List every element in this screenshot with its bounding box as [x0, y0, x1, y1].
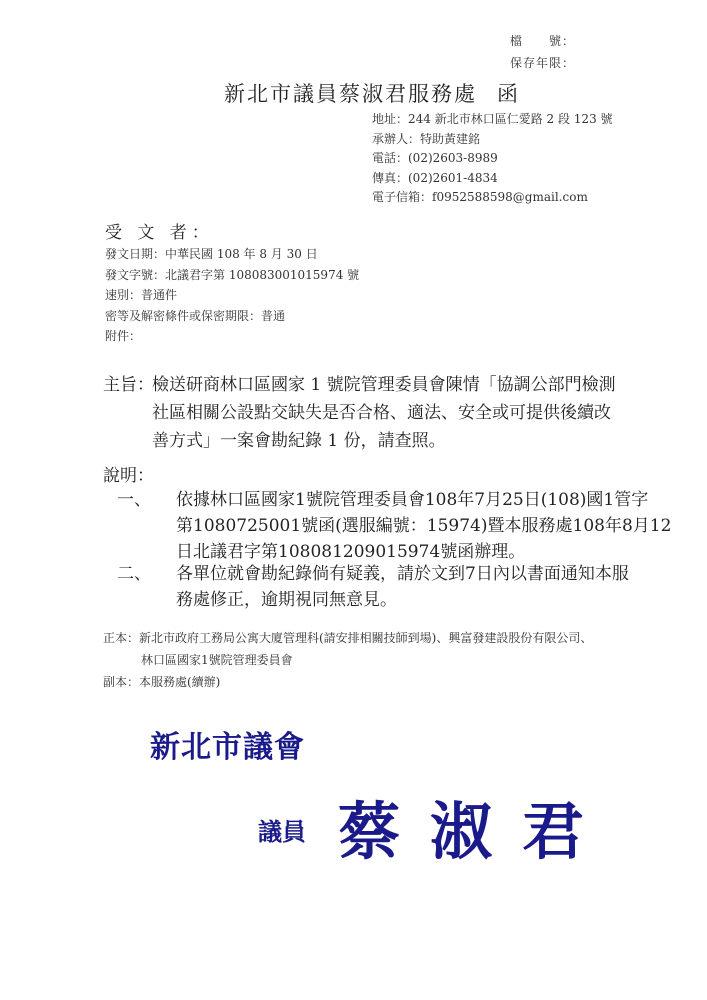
subject-label: 主旨： — [103, 371, 154, 399]
classification: 密等及解密條件或保密期限：普通 — [105, 306, 359, 327]
explanation-label: 說明： — [103, 461, 154, 486]
contact-block: 地址：244 新北市林口區仁愛路 2 段 123 號 承辦人：特助黃建銘 電話：… — [372, 110, 613, 208]
item-number: 一、 — [117, 487, 151, 513]
address: 地址：244 新北市林口區仁愛路 2 段 123 號 — [372, 110, 613, 130]
signature-name: 蔡淑君 — [338, 782, 614, 871]
item-line: 依據林口區國家1號院管理委員會108年7月25日(108)國1管字 — [176, 487, 671, 513]
subject-line: 善方式」一案會勘紀錄 1 份，請查照。 — [152, 427, 652, 455]
document-type: 函 — [497, 82, 520, 106]
copy-recipients: 副本：本服務處(續辦) — [103, 671, 592, 693]
file-number-label: 檔 號： — [510, 32, 575, 49]
email: 電子信箱：f0952588598@gmail.com — [372, 188, 613, 208]
fax: 傳真：(02)2601-4834 — [372, 169, 613, 189]
item-text: 依據林口區國家1號院管理委員會108年7月25日(108)國1管字 第10807… — [176, 487, 671, 565]
item-number: 二、 — [117, 561, 151, 587]
subject-body: 檢送研商林口區國家 1 號院管理委員會陳情「協調公部門檢測 社區相關公設點交缺失… — [152, 371, 652, 455]
original-recipients-cont: 林口區國家1號院管理委員會 — [103, 649, 592, 671]
handler: 承辦人：特助黃建銘 — [372, 130, 613, 150]
distribution-block: 正本：新北市政府工務局公寓大廈管理科(請安排相關技師到場)、興富發建設股份有限公… — [103, 627, 592, 693]
attachment: 附件： — [105, 326, 359, 347]
item-line: 務處修正，逾期視同無意見。 — [176, 587, 629, 613]
item-text: 各單位就會勘紀錄倘有疑義，請於文到7日內以書面通知本服 務處修正，逾期視同無意見… — [176, 561, 629, 613]
header-fields: 發文日期：中華民國 108 年 8 月 30 日 發文字號：北議君字第 1080… — [105, 244, 359, 347]
subject-line: 社區相關公設點交缺失是否合格、適法、安全或可提供後續改 — [152, 399, 652, 427]
signature-title: 議員 — [258, 812, 306, 847]
phone: 電話：(02)2603-8989 — [372, 149, 613, 169]
original-recipients: 正本：新北市政府工務局公寓大廈管理科(請安排相關技師到場)、興富發建設股份有限公… — [103, 627, 592, 649]
retention-period-label: 保存年限： — [510, 54, 575, 71]
recipient-label: 受 文 者： — [105, 218, 214, 243]
document-title: 新北市議員蔡淑君服務處函 — [224, 78, 520, 108]
item-line: 各單位就會勘紀錄倘有疑義，請於文到7日內以書面通知本服 — [176, 561, 629, 587]
signature-council: 新北市議會 — [150, 722, 305, 766]
delivery-speed: 速別：普通件 — [105, 285, 359, 306]
office-name: 新北市議員蔡淑君服務處 — [224, 82, 477, 106]
issue-date: 發文日期：中華民國 108 年 8 月 30 日 — [105, 244, 359, 265]
subject-line: 檢送研商林口區國家 1 號院管理委員會陳情「協調公部門檢測 — [152, 371, 652, 399]
reference-number: 發文字號：北議君字第 108083001015974 號 — [105, 265, 359, 286]
item-line: 第1080725001號函(選服編號：15974)暨本服務處108年8月12 — [176, 513, 671, 539]
